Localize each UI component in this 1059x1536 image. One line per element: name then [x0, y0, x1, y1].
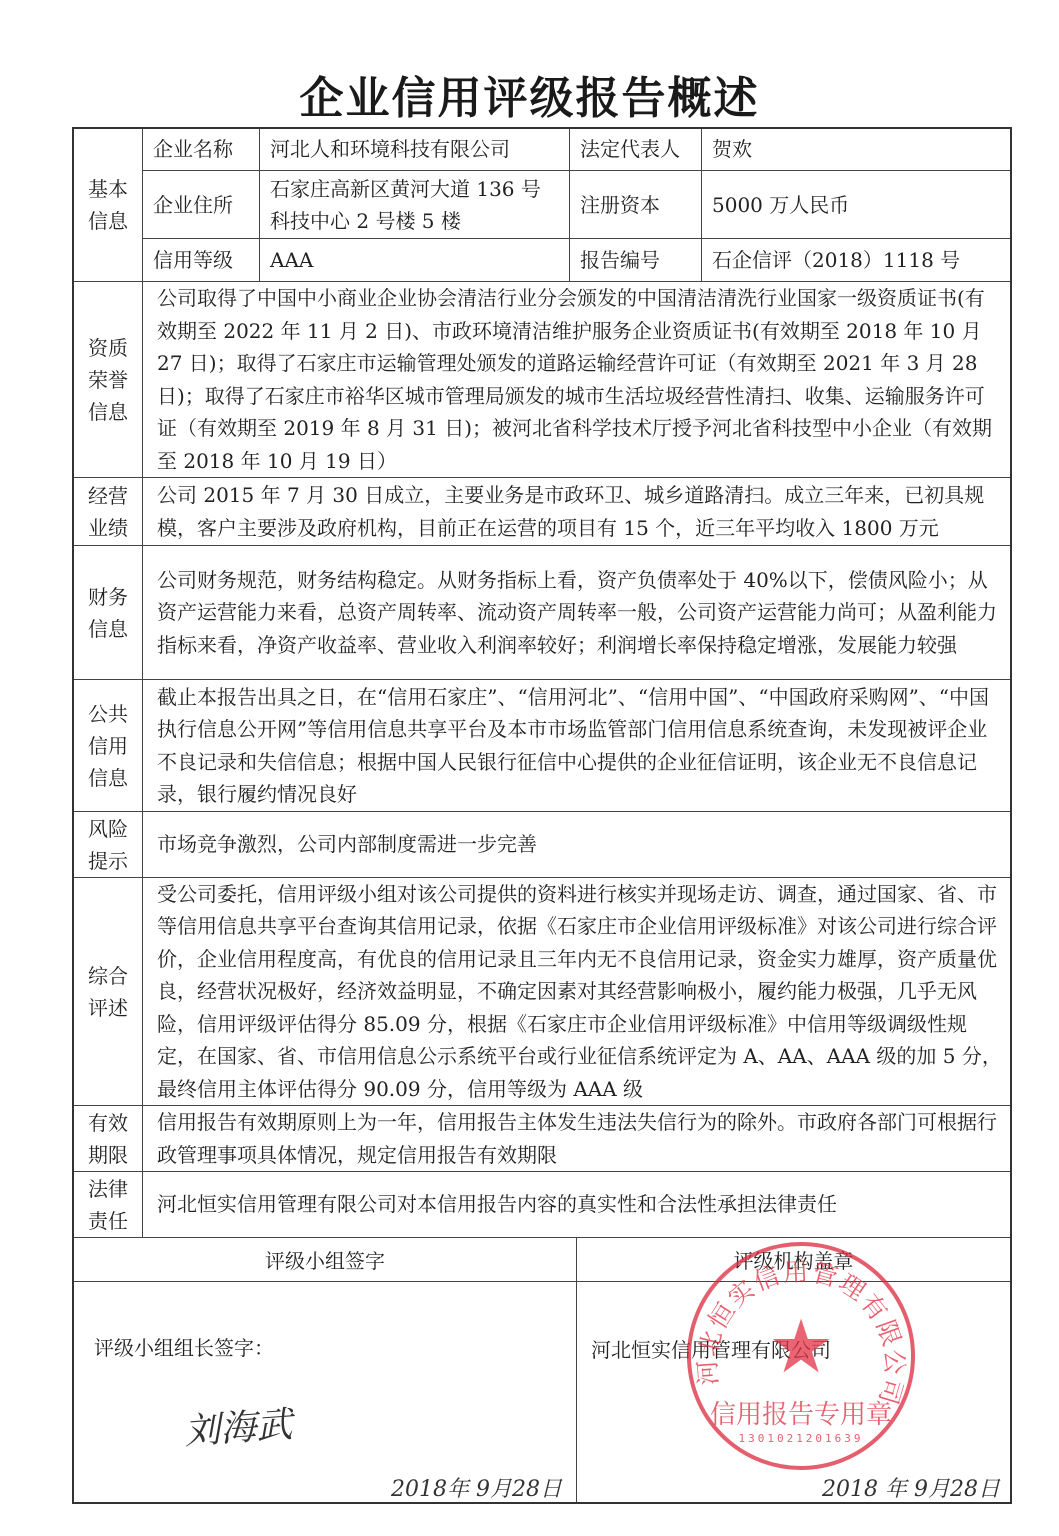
section-text: 信用报告有效期原则上为一年，信用报告主体发生违法失信行为的除外。市政府各部门可根…: [143, 1106, 1010, 1171]
team-sign-date: 2018年 9月28日: [391, 1472, 562, 1503]
address-label: 企业住所: [143, 171, 260, 239]
report-no-label: 报告编号: [570, 239, 702, 281]
section-performance: 经营业绩 公司 2015 年 7 月 30 日成立，主要业务是市政环卫、城乡道路…: [74, 478, 1010, 546]
agency-org-name: 河北恒实信用管理有限公司: [591, 1334, 831, 1363]
stamp-inner-text: 信用报告专用章: [691, 1394, 911, 1431]
report-table: 基本信息 企业名称 河北人和环境科技有限公司 法定代表人 贺欢 企业住所 石家庄…: [72, 127, 1012, 1504]
section-label: 法律责任: [74, 1172, 143, 1237]
section-finance: 财务信息 公司财务规范，财务结构稳定。从财务指标上看，资产负债率处于 40%以下…: [74, 546, 1010, 680]
legal-rep-value: 贺欢: [702, 129, 1010, 170]
section-label: 综合评述: [74, 878, 143, 1105]
section-summary: 综合评述 受公司委托，信用评级小组对该公司提供的资料进行核实并现场走访、调查，通…: [74, 878, 1010, 1106]
section-qualifications: 资质荣誉信息 公司取得了中国中小商业企业协会清洁行业分会颁发的中国清洁清洗行业国…: [74, 282, 1010, 478]
page-title: 企业信用评级报告概述: [0, 62, 1059, 126]
section-risk: 风险提示 市场竞争激烈，公司内部制度需进一步完善: [74, 812, 1010, 878]
section-legal: 法律责任 河北恒实信用管理有限公司对本信用报告内容的真实性和合法性承担法律责任: [74, 1172, 1010, 1238]
signature-row: 评级小组签字 评级小组组长签字： 刘海武 2018年 9月28日 评级机构盖章 …: [74, 1238, 1010, 1502]
leader-signature-label: 评级小组组长签字：: [94, 1332, 274, 1361]
basic-info-grid: 企业名称 河北人和环境科技有限公司 法定代表人 贺欢 企业住所 石家庄高新区黄河…: [143, 129, 1010, 281]
company-name-value: 河北人和环境科技有限公司: [260, 129, 570, 170]
section-label: 有效期限: [74, 1106, 143, 1171]
registered-capital-value: 5000 万人民币: [702, 171, 1010, 239]
section-label: 经营业绩: [74, 478, 143, 545]
address-value: 石家庄高新区黄河大道 136 号科技中心 2 号楼 5 楼: [260, 171, 570, 239]
section-label: 资质荣誉信息: [74, 282, 143, 477]
section-public-credit: 公共信用信息 截止本报告出具之日，在“信用石家庄”、“信用河北”、“信用中国”、…: [74, 680, 1010, 812]
section-label-basic-info: 基本信息: [74, 129, 143, 281]
handwritten-signature: 刘海武: [182, 1396, 293, 1454]
basic-row-name: 企业名称 河北人和环境科技有限公司 法定代表人 贺欢: [143, 129, 1010, 171]
team-signature-header: 评级小组签字: [74, 1238, 576, 1282]
section-label: 公共信用信息: [74, 680, 143, 811]
section-text: 河北恒实信用管理有限公司对本信用报告内容的真实性和合法性承担法律责任: [143, 1172, 1010, 1237]
credit-level-value: AAA: [260, 239, 570, 281]
agency-stamp-block: 评级机构盖章 河北恒实信用管理有限公司 河北恒实信用管理有限公司 ★ 信用报告专…: [577, 1238, 1010, 1502]
report-no-value: 石企信评（2018）1118 号: [702, 239, 1010, 281]
team-signature-block: 评级小组签字 评级小组组长签字： 刘海武 2018年 9月28日: [74, 1238, 577, 1502]
agency-stamp-header: 评级机构盖章: [577, 1238, 1010, 1282]
registered-capital-label: 注册资本: [570, 171, 702, 239]
agency-sign-date: 2018 年 9月28日: [822, 1472, 1000, 1503]
basic-row-address: 企业住所 石家庄高新区黄河大道 136 号科技中心 2 号楼 5 楼 注册资本 …: [143, 171, 1010, 240]
company-name-label: 企业名称: [143, 129, 260, 170]
credit-level-label: 信用等级: [143, 239, 260, 281]
section-text: 公司财务规范，财务结构稳定。从财务指标上看，资产负债率处于 40%以下，偿债风险…: [143, 546, 1010, 679]
agency-stamp-body: 河北恒实信用管理有限公司 河北恒实信用管理有限公司 ★ 信用报告专用章 1301…: [577, 1282, 1010, 1502]
section-validity: 有效期限 信用报告有效期原则上为一年，信用报告主体发生违法失信行为的除外。市政府…: [74, 1106, 1010, 1172]
section-text: 公司取得了中国中小商业企业协会清洁行业分会颁发的中国清洁清洗行业国家一级资质证书…: [143, 282, 1010, 477]
stamp-code: 1301021201639: [691, 1432, 911, 1445]
section-text: 市场竞争激烈，公司内部制度需进一步完善: [143, 812, 1010, 877]
team-signature-body: 评级小组组长签字： 刘海武 2018年 9月28日: [74, 1282, 576, 1502]
section-text: 受公司委托，信用评级小组对该公司提供的资料进行核实并现场走访、调查，通过国家、省…: [143, 878, 1010, 1105]
legal-rep-label: 法定代表人: [570, 129, 702, 170]
section-label: 风险提示: [74, 812, 143, 877]
basic-row-level: 信用等级 AAA 报告编号 石企信评（2018）1118 号: [143, 239, 1010, 281]
section-label: 财务信息: [74, 546, 143, 679]
basic-info-row: 基本信息 企业名称 河北人和环境科技有限公司 法定代表人 贺欢 企业住所 石家庄…: [74, 129, 1010, 282]
section-text: 公司 2015 年 7 月 30 日成立，主要业务是市政环卫、城乡道路清扫。成立…: [143, 478, 1010, 545]
section-text: 截止本报告出具之日，在“信用石家庄”、“信用河北”、“信用中国”、“中国政府采购…: [143, 680, 1010, 811]
